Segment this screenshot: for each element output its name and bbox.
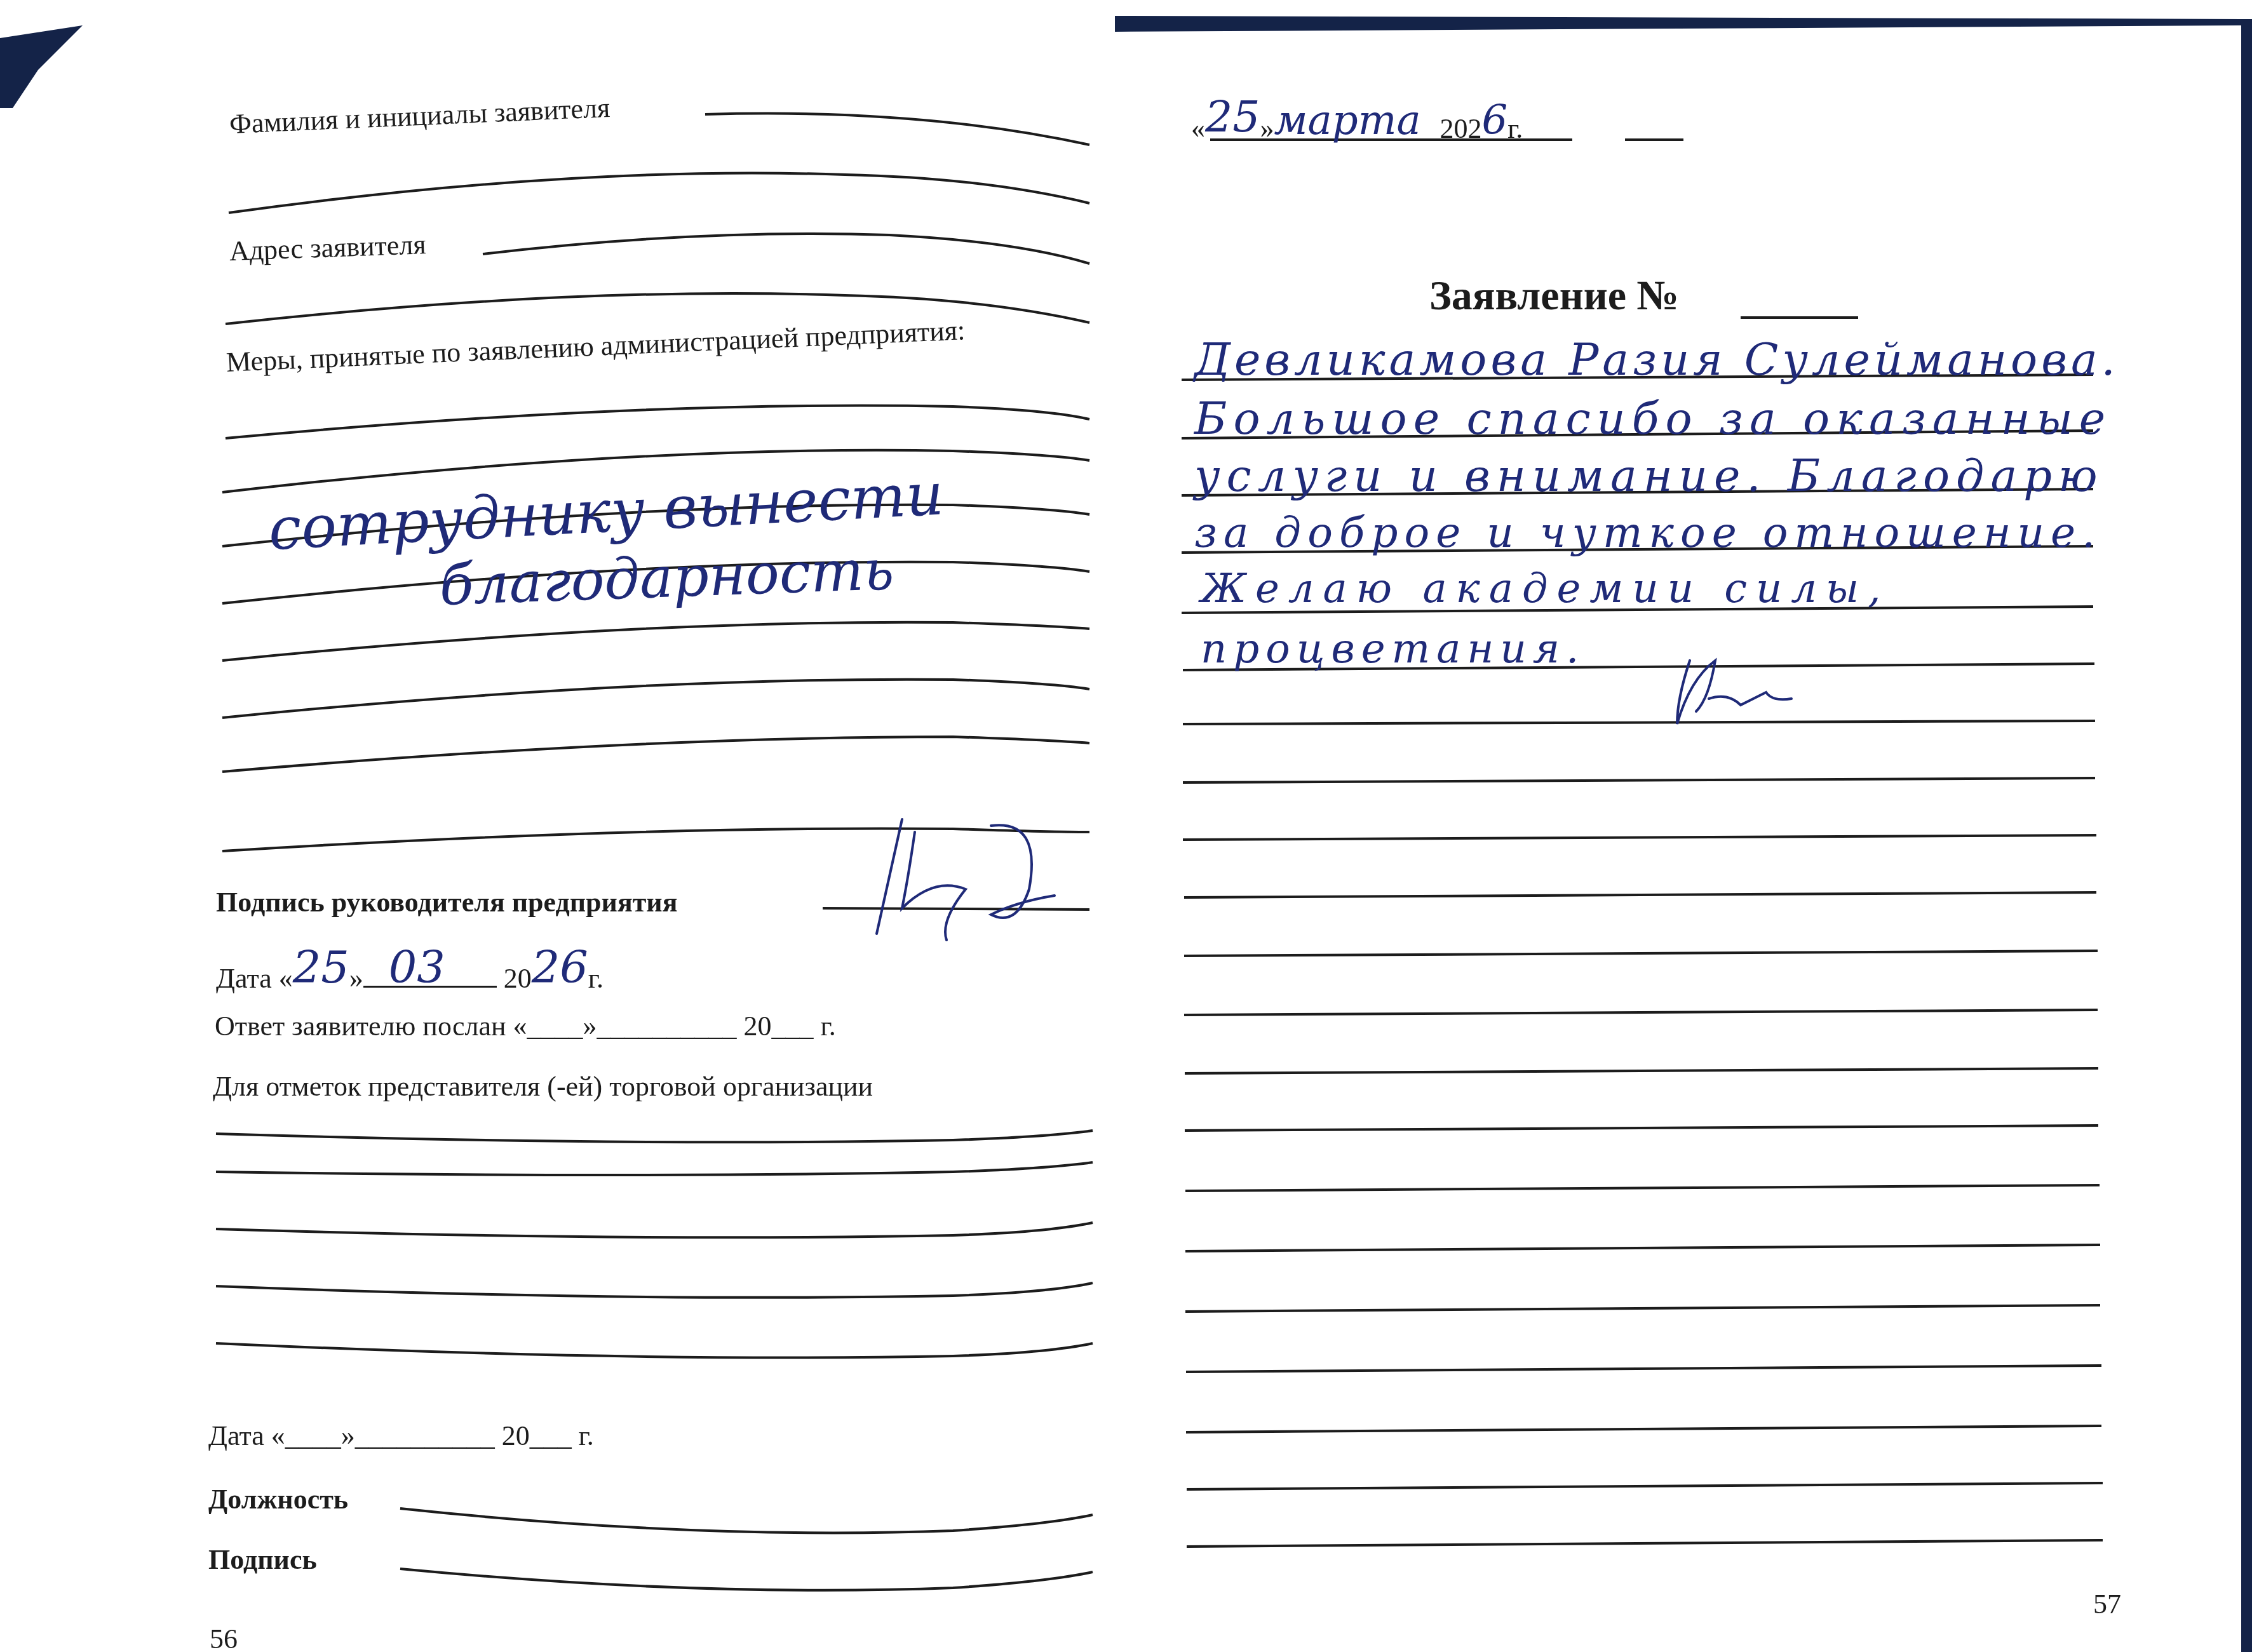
- reply-sent-label: Ответ заявителю послан «____»__________ …: [215, 1010, 836, 1042]
- date-suffix: г.: [588, 963, 603, 994]
- date-day: 25: [293, 941, 349, 993]
- statement-date-year-suffix: 6: [1482, 97, 1508, 144]
- date-label: Дата «: [216, 963, 293, 994]
- manager-date: Дата «25»03 2026г.: [216, 946, 603, 998]
- left-page: Фамилия и инициалы заявителя Адрес заяви…: [0, 0, 1131, 1652]
- date-close-quote: »: [349, 963, 363, 994]
- measures-label: Меры, принятые по заявлению администраци…: [226, 314, 966, 379]
- statement-title-text: Заявление №: [1429, 272, 1679, 319]
- trade-rep-label: Для отметок представителя (-ей) торговой…: [213, 1070, 873, 1103]
- page-number-left: 56: [210, 1623, 238, 1652]
- manager-signature-label: Подпись руководителя предприятия: [216, 886, 678, 918]
- statement-line-3: услуги и внимание. Благодарю: [1194, 450, 2104, 502]
- statement-line-1: Девликамова Разия Сулейманова.: [1194, 333, 2119, 386]
- statement-line-5: Желаю академии силы,: [1201, 565, 1889, 612]
- page-number-right: 57: [2093, 1588, 2121, 1620]
- right-page: «25»марта2026г. Заявление № Девликамова …: [1112, 0, 2252, 1652]
- date-open-quote: «: [1191, 113, 1205, 144]
- statement-date-suffix: г.: [1507, 113, 1523, 144]
- statement-date: «25»марта2026г.: [1191, 98, 1523, 149]
- applicant-address-label: Адрес заявителя: [229, 228, 426, 267]
- applicant-name-label: Фамилия и инициалы заявителя: [229, 91, 610, 140]
- statement-title: Заявление №: [1429, 272, 1804, 320]
- bottom-date-label: Дата «____»__________ 20___ г.: [208, 1420, 594, 1452]
- position-label: Должность: [208, 1483, 348, 1515]
- date-year-suffix: 26: [532, 941, 588, 993]
- date-year-prefix: 20: [504, 963, 532, 994]
- statement-line-6: процветания.: [1201, 626, 1585, 673]
- statement-line-4: за доброе и чуткое отношение.: [1194, 508, 2101, 557]
- statement-date-day: 25: [1205, 92, 1260, 142]
- statement-date-month: марта: [1274, 97, 1421, 144]
- statement-line-2: Большое спасибо за оказанные: [1194, 393, 2112, 445]
- statement-date-year-prefix: 202: [1440, 113, 1482, 144]
- signature-label: Подпись: [208, 1543, 317, 1576]
- date-close-quote: »: [1260, 113, 1274, 144]
- date-month: 03: [389, 941, 445, 993]
